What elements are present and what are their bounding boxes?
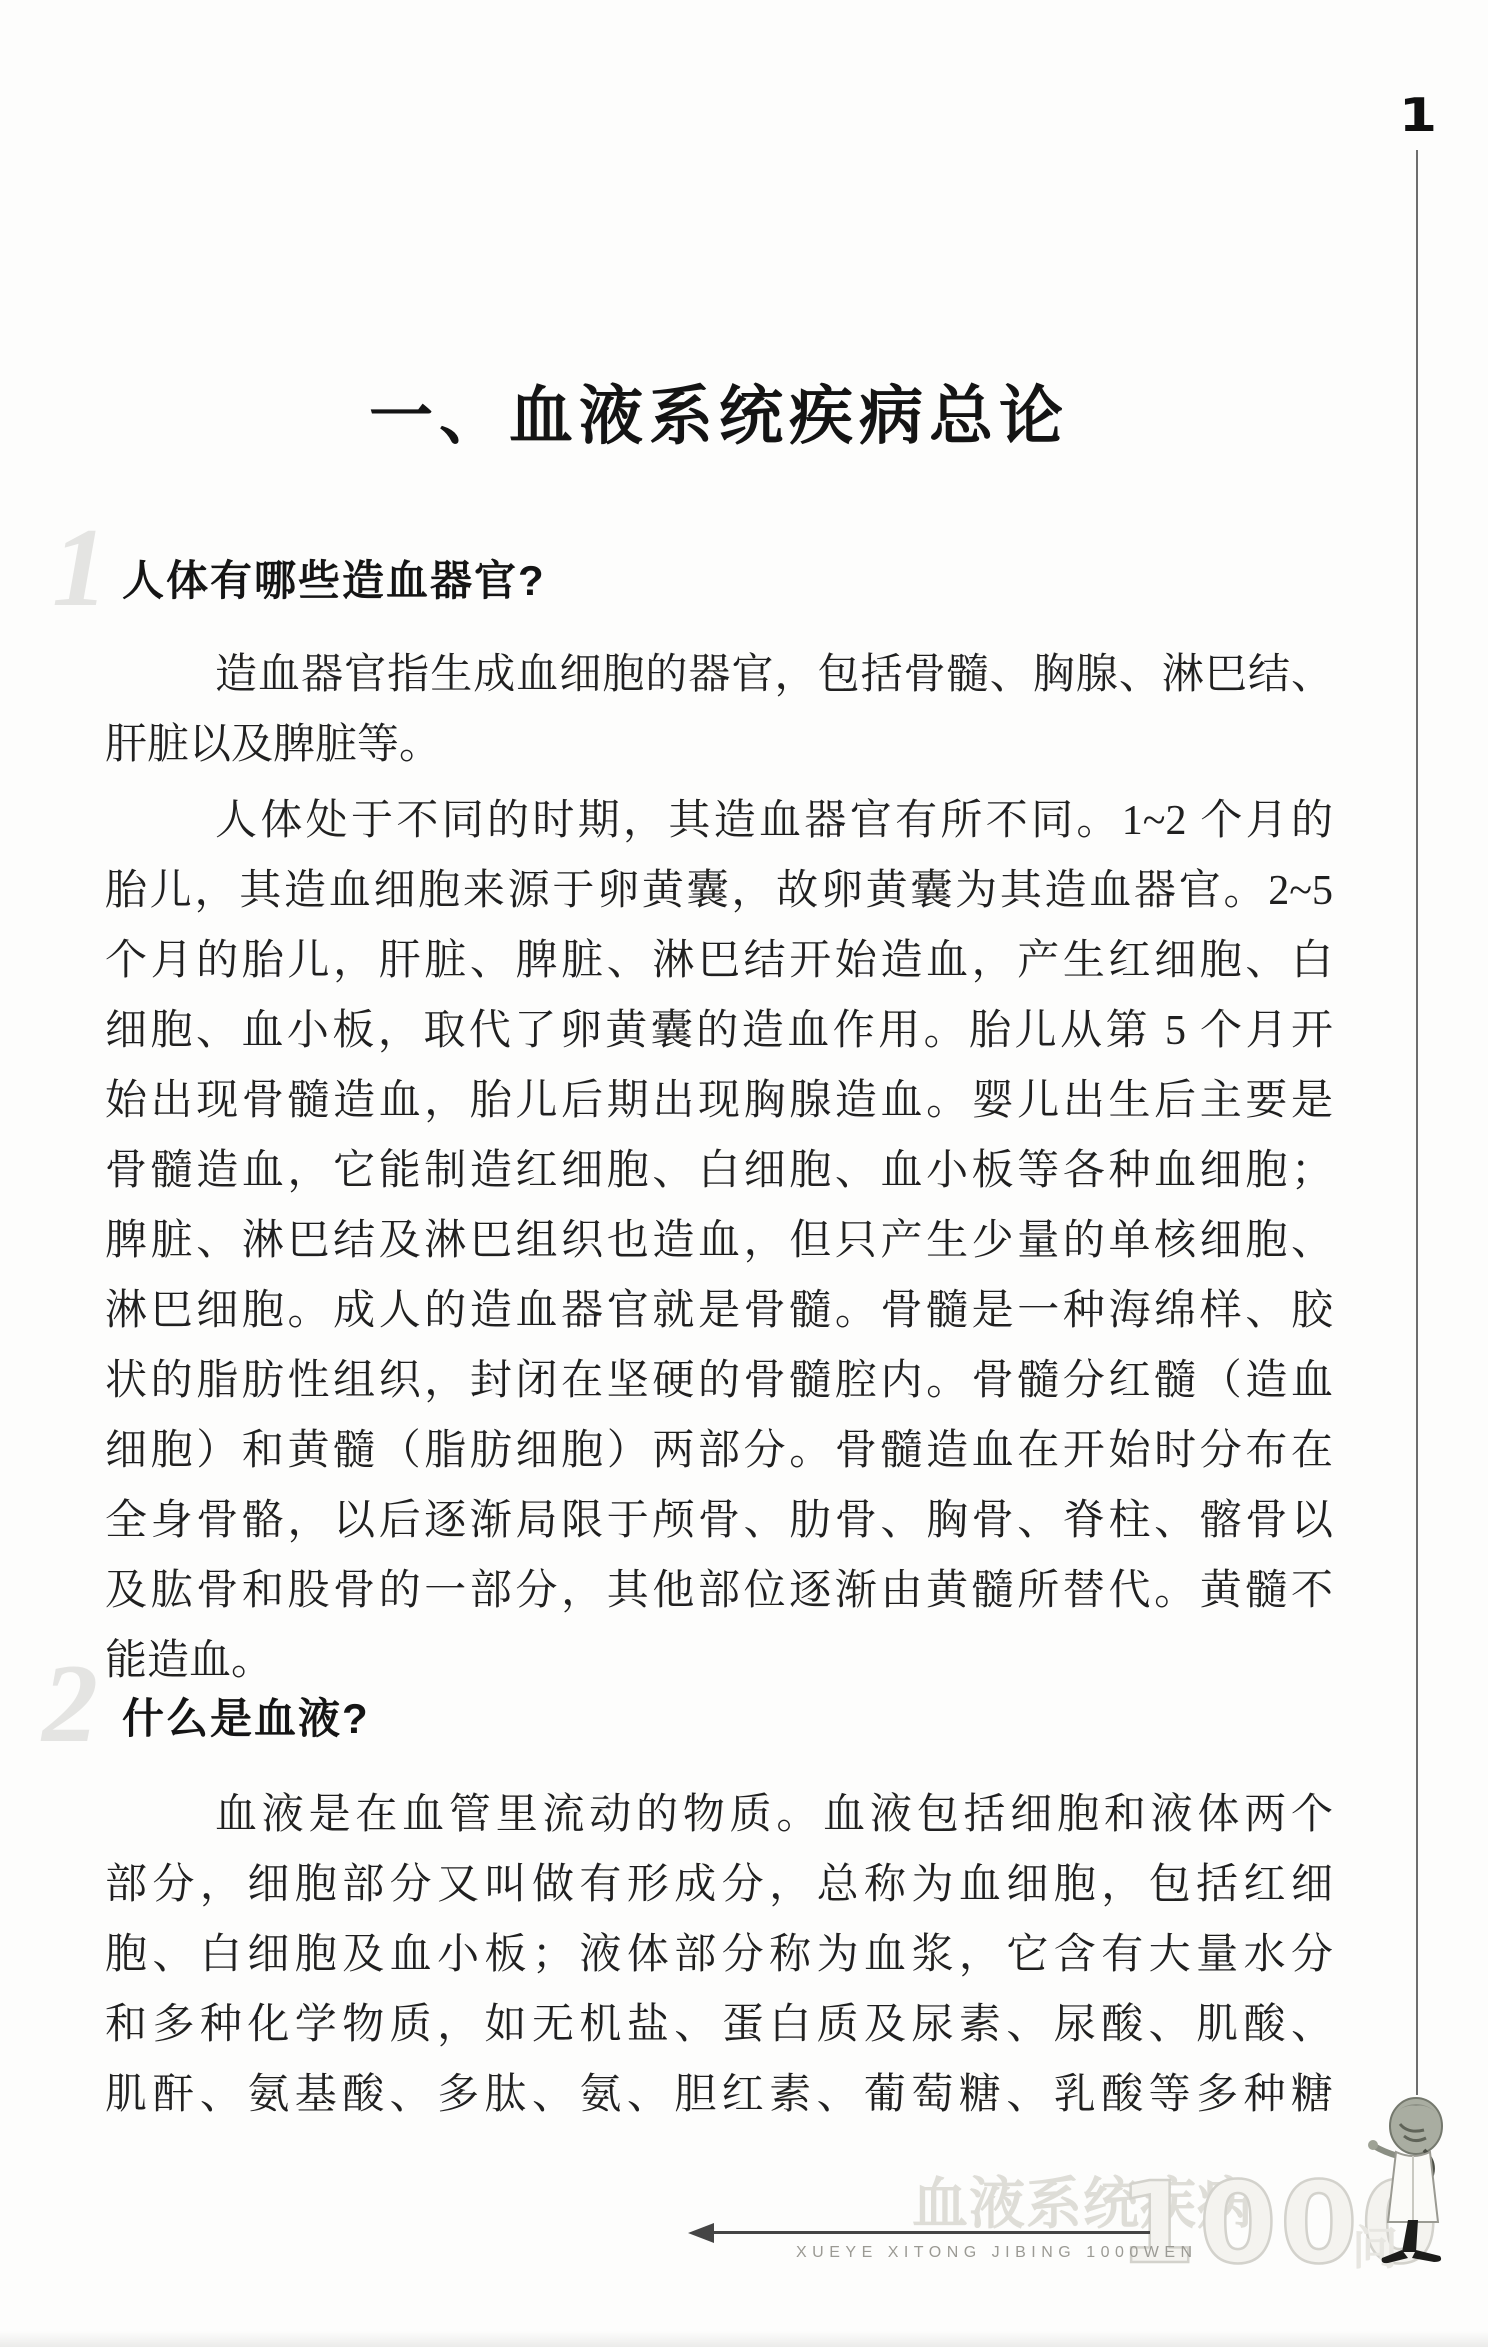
body-text-line: 细胞）和黄髓（脂肪细胞）两部分。骨髓造血在开始时分布在 xyxy=(105,1416,1333,1486)
body-text-line: 造血器官指生成血细胞的器官，包括骨髓、胸腺、淋巴结、 xyxy=(105,640,1333,710)
doctor-icon xyxy=(1364,2094,1460,2274)
doctor-mascot-illustration xyxy=(1364,2094,1460,2274)
footer-pinyin-text: XUEYE XITONG JIBING 1000WEN xyxy=(796,2244,1198,2262)
body-text-line: 全身骨骼，以后逐渐局限于颅骨、肋骨、胸骨、脊柱、髂骨以 xyxy=(105,1486,1333,1556)
body-text-line: 细胞、血小板，取代了卵黄囊的造血作用。胎儿从第 5 个月开 xyxy=(105,996,1333,1066)
body-text-line: 及肱骨和股骨的一部分，其他部位逐渐由黄髓所替代。黄髓不 xyxy=(105,1556,1333,1626)
right-margin-rule xyxy=(1416,150,1418,2095)
body-text-line: 肌酐、氨基酸、多肽、氨、胆红素、葡萄糖、乳酸等多种糖 xyxy=(105,2060,1333,2130)
left-arrow-icon xyxy=(688,2222,1150,2244)
book-page: 1 一、血液系统疾病总论 1 人体有哪些造血器官? 造血器官指生成血细胞的器官，… xyxy=(0,0,1488,2347)
section-1-paragraph-1: 造血器官指生成血细胞的器官，包括骨髓、胸腺、淋巴结、 肝脏以及脾脏等。 xyxy=(105,640,1333,780)
body-text-line: 胎儿，其造血细胞来源于卵黄囊，故卵黄囊为其造血器官。2~5 xyxy=(105,856,1333,926)
section-2-heading: 什么是血液? xyxy=(122,1686,370,1746)
section-1-watermark-numeral: 1 xyxy=(52,512,108,624)
body-text-line: 人体处于不同的时期，其造血器官有所不同。1~2 个月的 xyxy=(105,786,1333,856)
body-text-line: 部分，细胞部分又叫做有形成分，总称为血细胞，包括红细 xyxy=(105,1850,1333,1920)
body-text-line: 胞、白细胞及血小板；液体部分称为血浆，它含有大量水分 xyxy=(105,1920,1333,1990)
chapter-title: 一、血液系统疾病总论 xyxy=(105,365,1333,457)
body-text-line: 肝脏以及脾脏等。 xyxy=(105,710,1333,780)
body-text-line: 状的脂肪性组织，封闭在坚硬的骨髓腔内。骨髓分红髓（造血 xyxy=(105,1346,1333,1416)
body-text-line: 血液是在血管里流动的物质。血液包括细胞和液体两个 xyxy=(105,1780,1333,1850)
page-number: 1 xyxy=(1399,88,1437,142)
body-text-line: 淋巴细胞。成人的造血器官就是骨髓。骨髓是一种海绵样、胶 xyxy=(105,1276,1333,1346)
body-text-line: 始出现骨髓造血，胎儿后期出现胸腺造血。婴儿出生后主要是 xyxy=(105,1066,1333,1136)
body-text-line: 个月的胎儿，肝脏、脾脏、淋巴结开始造血，产生红细胞、白 xyxy=(105,926,1333,996)
body-text-line: 脾脏、淋巴结及淋巴组织也造血，但只产生少量的单核细胞、 xyxy=(105,1206,1333,1276)
arrow-shaft xyxy=(706,2231,1150,2234)
section-1-paragraph-2: 人体处于不同的时期，其造血器官有所不同。1~2 个月的 胎儿，其造血细胞来源于卵… xyxy=(105,786,1333,1696)
body-text-line: 骨髓造血，它能制造红细胞、白细胞、血小板等各种血细胞； xyxy=(105,1136,1333,1206)
section-1-heading: 人体有哪些造血器官? xyxy=(122,548,546,608)
section-2-paragraph-1: 血液是在血管里流动的物质。血液包括细胞和液体两个 部分，细胞部分又叫做有形成分，… xyxy=(105,1780,1333,2130)
body-text-line: 和多种化学物质，如无机盐、蛋白质及尿素、尿酸、肌酸、 xyxy=(105,1990,1333,2060)
section-2-watermark-numeral: 2 xyxy=(42,1648,98,1760)
